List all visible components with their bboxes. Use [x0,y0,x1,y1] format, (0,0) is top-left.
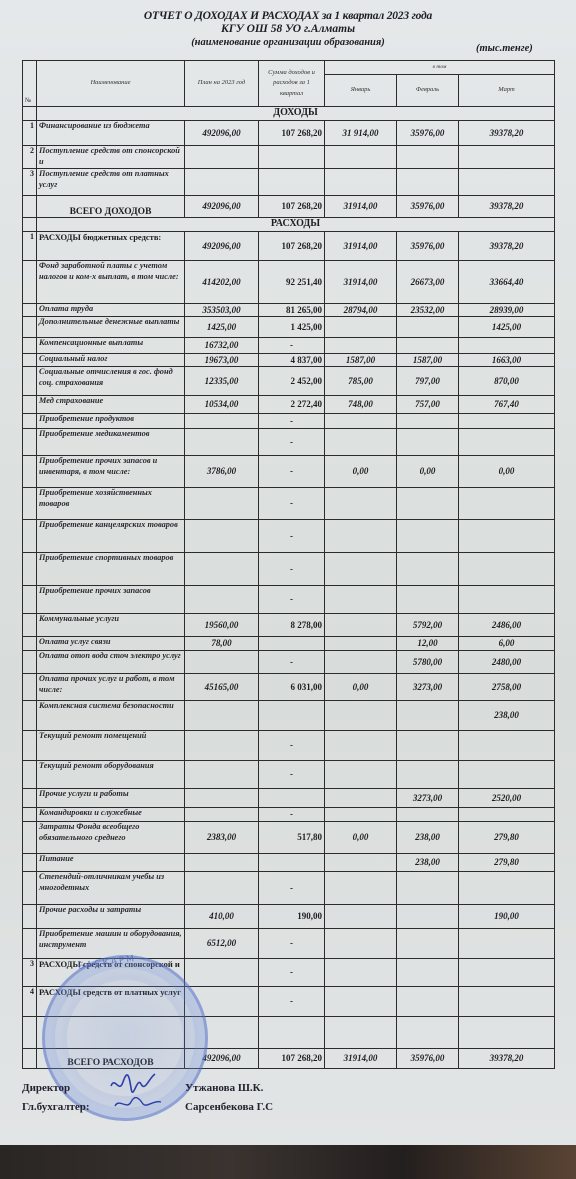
row-number [23,731,37,761]
february-value: 23532,00 [397,304,459,317]
march-value [459,959,555,987]
january-value [325,637,397,651]
march-value: 2480,00 [459,651,555,674]
row-number [23,872,37,905]
accountant-name: Сарсенбекова Г.С [185,1101,273,1113]
row-name: ВСЕГО ДОХОДОВ [37,196,185,218]
table-row: Оплата труда353503,0081 265,0028794,0023… [23,304,555,317]
january-value: 31914,00 [325,261,397,304]
march-value [459,338,555,354]
row-number [23,304,37,317]
plan-value: 1425,00 [185,317,259,338]
february-value [397,987,459,1017]
march-value: 190,00 [459,905,555,929]
march-value: 6,00 [459,637,555,651]
march-value: 39378,20 [459,121,555,146]
row-name: Затраты Фонда всеобщего обязательного ср… [37,822,185,854]
expense-section-heading: РАСХОДЫ [37,218,555,232]
plan-value [185,854,259,872]
column-header-february: Февраль [397,75,459,107]
march-value [459,761,555,789]
february-value [397,169,459,196]
row-name: Оплата услуг связи [37,637,185,651]
february-value [397,905,459,929]
director-name: Утжанова Ш.К. [185,1082,263,1094]
row-name: Прочие услуги и работы [37,789,185,808]
row-number [23,520,37,553]
table-row: Питание238,00279,80 [23,854,555,872]
q1-sum-value: 107 268,20 [259,121,325,146]
table-row: Коммунальные услуги19560,008 278,005792,… [23,614,555,637]
plan-value: 12335,00 [185,367,259,396]
row-number [23,317,37,338]
q1-sum-value [259,854,325,872]
row-number [23,429,37,456]
row-number [23,854,37,872]
march-value [459,586,555,614]
q1-sum-value: - [259,959,325,987]
row-name: Степендий-отличникам учебы из многодетны… [37,872,185,905]
row-name: Текущий ремонт оборудования [37,761,185,789]
row-name: Поступление средств от спонсорской и [37,146,185,169]
number-cell [23,218,37,232]
row-name: Поступление средств от платных услуг [37,169,185,196]
expense-section-heading-row: РАСХОДЫ [23,218,555,232]
row-number [23,261,37,304]
table-row: 4РАСХОДЫ средств от платных услуг- [23,987,555,1017]
table-row: Оплата отоп вода сточ электро услуг-5780… [23,651,555,674]
table-row: Приобретение машин и оборудования, инстр… [23,929,555,959]
january-value [325,614,397,637]
plan-value: 414202,00 [185,261,259,304]
plan-value [185,987,259,1017]
q1-sum-value: 81 265,00 [259,304,325,317]
january-value [325,929,397,959]
row-number [23,761,37,789]
table-row: Командировки и служебные- [23,808,555,822]
plan-value: 6512,00 [185,929,259,959]
plan-value [185,553,259,586]
number-cell [23,107,37,121]
units-label: (тыс.тенге) [476,43,533,54]
march-value: 0,00 [459,456,555,488]
table-row: Приобретение медикаментов- [23,429,555,456]
q1-sum-value: - [259,731,325,761]
march-value [459,488,555,520]
accountant-label: Гл.бухгалтер: [22,1101,90,1113]
q1-sum-value: - [259,872,325,905]
q1-sum-value: - [259,414,325,429]
row-number [23,905,37,929]
column-header-march: Март [459,75,555,107]
row-name: Питание [37,854,185,872]
february-value: 35976,00 [397,232,459,261]
plan-value: 10534,00 [185,396,259,414]
row-name: Социальные отчисления в гос. фонд соц. с… [37,367,185,396]
table-row: Прочие расходы и затраты410,00190,00190,… [23,905,555,929]
q1-sum-value: - [259,520,325,553]
q1-sum-value: - [259,987,325,1017]
march-value [459,808,555,822]
row-number [23,808,37,822]
table-row: Приобретение спортивных товаров- [23,553,555,586]
february-value: 35976,00 [397,196,459,218]
q1-sum-value: 107 268,20 [259,1049,325,1069]
january-value: 0,00 [325,822,397,854]
q1-sum-value: - [259,651,325,674]
february-value: 26673,00 [397,261,459,304]
february-value: 35976,00 [397,1049,459,1069]
row-number [23,553,37,586]
q1-sum-value: - [259,929,325,959]
q1-sum-value: 2 452,00 [259,367,325,396]
row-name: Компенсационные выплаты [37,338,185,354]
january-value [325,701,397,731]
february-value [397,414,459,429]
table-row: Оплата прочих услуг и работ, в том числе… [23,674,555,701]
table-row: Затраты Фонда всеобщего обязательного ср… [23,822,555,854]
row-name: Мед страхование [37,396,185,414]
plan-value [185,169,259,196]
january-value: 0,00 [325,674,397,701]
plan-value [185,761,259,789]
plan-value: 492096,00 [185,1049,259,1069]
march-value [459,414,555,429]
q1-sum-value [259,1017,325,1049]
background-surface [0,1145,576,1179]
table-row: Дополнительные денежные выплаты1425,001 … [23,317,555,338]
row-name: Приобретение канцелярских товаров [37,520,185,553]
january-value [325,317,397,338]
table-row: Комплексная система безопасности238,00 [23,701,555,731]
q1-sum-value: - [259,456,325,488]
row-number [23,637,37,651]
q1-sum-value: 107 268,20 [259,232,325,261]
january-value [325,872,397,905]
january-value: 785,00 [325,367,397,396]
row-number [23,614,37,637]
february-value [397,701,459,731]
january-value [325,761,397,789]
february-value: 35976,00 [397,121,459,146]
row-number [23,1017,37,1049]
january-value [325,854,397,872]
table-row: Степендий-отличникам учебы из многодетны… [23,872,555,905]
january-value [325,338,397,354]
february-value [397,429,459,456]
row-number: 3 [23,959,37,987]
plan-value [185,789,259,808]
february-value [397,520,459,553]
row-number [23,651,37,674]
plan-value: 353503,00 [185,304,259,317]
march-value: 870,00 [459,367,555,396]
row-name: Приобретение прочих запасов и инвентаря,… [37,456,185,488]
march-value: 2486,00 [459,614,555,637]
february-value [397,586,459,614]
plan-value: 492096,00 [185,196,259,218]
january-value [325,169,397,196]
q1-sum-value: - [259,586,325,614]
march-value: 39378,20 [459,196,555,218]
march-value [459,520,555,553]
march-value: 33664,40 [459,261,555,304]
table-row: Социальные отчисления в гос. фонд соц. с… [23,367,555,396]
plan-value [185,872,259,905]
january-value [325,1017,397,1049]
table-row: Текущий ремонт помещений- [23,731,555,761]
q1-sum-value [259,701,325,731]
row-number: 4 [23,987,37,1017]
plan-value [185,701,259,731]
january-value [325,731,397,761]
row-name: ВСЕГО РАСХОДОВ [37,1049,185,1069]
plan-value: 16732,00 [185,338,259,354]
february-value: 5792,00 [397,614,459,637]
plan-value: 492096,00 [185,121,259,146]
january-value: 28794,00 [325,304,397,317]
march-value [459,146,555,169]
plan-value [185,651,259,674]
february-value: 1587,00 [397,354,459,367]
february-value [397,146,459,169]
january-value [325,586,397,614]
row-name: Дополнительные денежные выплаты [37,317,185,338]
q1-sum-value: - [259,808,325,822]
q1-sum-value: 2 272,40 [259,396,325,414]
table-row: Социальный налог19673,004 837,001587,001… [23,354,555,367]
column-header-name: Наименование [37,61,185,107]
row-name: Оплата труда [37,304,185,317]
march-value [459,929,555,959]
row-number: 1 [23,121,37,146]
row-name: Комплексная система безопасности [37,701,185,731]
january-value [325,488,397,520]
plan-value: 45165,00 [185,674,259,701]
table-row: Мед страхование10534,002 272,40748,00757… [23,396,555,414]
plan-value: 410,00 [185,905,259,929]
q1-sum-value: 4 837,00 [259,354,325,367]
january-value [325,429,397,456]
row-name: Приобретение машин и оборудования, инстр… [37,929,185,959]
q1-sum-value [259,789,325,808]
march-value: 2520,00 [459,789,555,808]
row-name [37,1017,185,1049]
february-value [397,872,459,905]
march-value [459,553,555,586]
january-value [325,414,397,429]
february-value: 238,00 [397,822,459,854]
plan-value: 492096,00 [185,232,259,261]
february-value: 757,00 [397,396,459,414]
plan-value [185,429,259,456]
plan-value [185,731,259,761]
director-label: Директор [22,1082,70,1094]
plan-value [185,808,259,822]
february-value: 3273,00 [397,674,459,701]
plan-value [185,959,259,987]
income-section-heading-row: ДОХОДЫ [23,107,555,121]
row-name: Приобретение прочих запасов [37,586,185,614]
row-name: РАСХОДЫ бюджетных средств: [37,232,185,261]
row-name: РАСХОДЫ средств от платных услуг [37,987,185,1017]
report-title: ОТЧЕТ О ДОХОДАХ И РАСХОДАХ за 1 квартал … [0,10,576,22]
february-value [397,553,459,586]
q1-sum-value: 6 031,00 [259,674,325,701]
q1-sum-value: 8 278,00 [259,614,325,637]
february-value: 3273,00 [397,789,459,808]
column-header-number: № [23,61,37,107]
plan-value: 3786,00 [185,456,259,488]
row-name: Оплата отоп вода сточ электро услуг [37,651,185,674]
march-value [459,731,555,761]
table-row: Компенсационные выплаты16732,00- [23,338,555,354]
organization-name: КГУ ОШ 58 УО г.Алматы [0,23,576,35]
row-number [23,674,37,701]
row-number: 2 [23,146,37,169]
column-header-plan: План на 2023 год [185,61,259,107]
march-value: 1425,00 [459,317,555,338]
february-value: 0,00 [397,456,459,488]
march-value: 279,80 [459,854,555,872]
plan-value [185,1017,259,1049]
table-row: Приобретение прочих запасов- [23,586,555,614]
february-value: 5780,00 [397,651,459,674]
q1-sum-value: - [259,553,325,586]
january-value: 0,00 [325,456,397,488]
q1-sum-value: 1 425,00 [259,317,325,338]
march-value [459,1017,555,1049]
march-value: 238,00 [459,701,555,731]
march-value [459,429,555,456]
row-number [23,822,37,854]
row-name: Финансирование из бюджета [37,121,185,146]
q1-sum-value: - [259,488,325,520]
table-row: 3Поступление средств от платных услуг [23,169,555,196]
february-value [397,488,459,520]
q1-sum-value [259,169,325,196]
row-name: Оплата прочих услуг и работ, в том числе… [37,674,185,701]
row-number [23,789,37,808]
row-name: Текущий ремонт помещений [37,731,185,761]
january-value [325,987,397,1017]
february-value: 238,00 [397,854,459,872]
march-value: 2758,00 [459,674,555,701]
january-value: 31 914,00 [325,121,397,146]
table-row: Приобретение продуктов- [23,414,555,429]
column-header-sum-q1: Сумма доходов и расходов за 1 квартал [259,61,325,107]
income-expense-table: № Наименование План на 2023 год Сумма до… [22,60,555,1069]
row-number [23,456,37,488]
q1-sum-value: 92 251,40 [259,261,325,304]
plan-value: 2383,00 [185,822,259,854]
march-value [459,872,555,905]
february-value: 797,00 [397,367,459,396]
march-value [459,987,555,1017]
row-number [23,396,37,414]
march-value: 279,80 [459,822,555,854]
row-name: Фонд заработной платы с учетом налогов и… [37,261,185,304]
table-row: Оплата услуг связи78,0012,006,00 [23,637,555,651]
table-row: Приобретение канцелярских товаров- [23,520,555,553]
income-section-heading: ДОХОДЫ [37,107,555,121]
column-header-including: в том [325,61,555,75]
table-row [23,1017,555,1049]
total-row: ВСЕГО ДОХОДОВ492096,00107 268,2031914,00… [23,196,555,218]
row-number: 1 [23,232,37,261]
march-value [459,169,555,196]
march-value: 1663,00 [459,354,555,367]
march-value: 39378,20 [459,232,555,261]
january-value: 1587,00 [325,354,397,367]
february-value [397,929,459,959]
row-number [23,414,37,429]
row-name: Социальный налог [37,354,185,367]
column-header-january: Январь [325,75,397,107]
march-value: 767,40 [459,396,555,414]
january-value: 31914,00 [325,1049,397,1069]
row-name: Приобретение продуктов [37,414,185,429]
q1-sum-value: - [259,429,325,456]
row-number [23,586,37,614]
march-value: 39378,20 [459,1049,555,1069]
plan-value [185,520,259,553]
table-row: Фонд заработной платы с учетом налогов и… [23,261,555,304]
header-row: № Наименование План на 2023 год Сумма до… [23,61,555,75]
february-value [397,317,459,338]
row-number [23,1049,37,1069]
q1-sum-value: - [259,338,325,354]
q1-sum-value [259,637,325,651]
january-value: 748,00 [325,396,397,414]
row-name: Командировки и служебные [37,808,185,822]
february-value [397,959,459,987]
row-number [23,701,37,731]
q1-sum-value: 190,00 [259,905,325,929]
january-value [325,146,397,169]
row-number [23,196,37,218]
table-row: Приобретение хозяйственных товаров- [23,488,555,520]
plan-value [185,414,259,429]
january-value [325,905,397,929]
row-number: 3 [23,169,37,196]
february-value [397,808,459,822]
january-value: 31914,00 [325,232,397,261]
row-number [23,354,37,367]
march-value: 28939,00 [459,304,555,317]
row-number [23,929,37,959]
q1-sum-value: 517,80 [259,822,325,854]
february-value [397,338,459,354]
january-value [325,553,397,586]
plan-value: 19560,00 [185,614,259,637]
table-row: Прочие услуги и работы3273,002520,00 [23,789,555,808]
row-number [23,367,37,396]
february-value [397,1017,459,1049]
table-row: 1РАСХОДЫ бюджетных средств:492096,00107 … [23,232,555,261]
row-name: Приобретение медикаментов [37,429,185,456]
february-value [397,761,459,789]
row-name: Коммунальные услуги [37,614,185,637]
january-value [325,808,397,822]
row-number [23,488,37,520]
january-value [325,651,397,674]
row-name: Приобретение спортивных товаров [37,553,185,586]
q1-sum-value: - [259,761,325,789]
plan-value [185,488,259,520]
table-row: Текущий ремонт оборудования- [23,761,555,789]
january-value [325,789,397,808]
